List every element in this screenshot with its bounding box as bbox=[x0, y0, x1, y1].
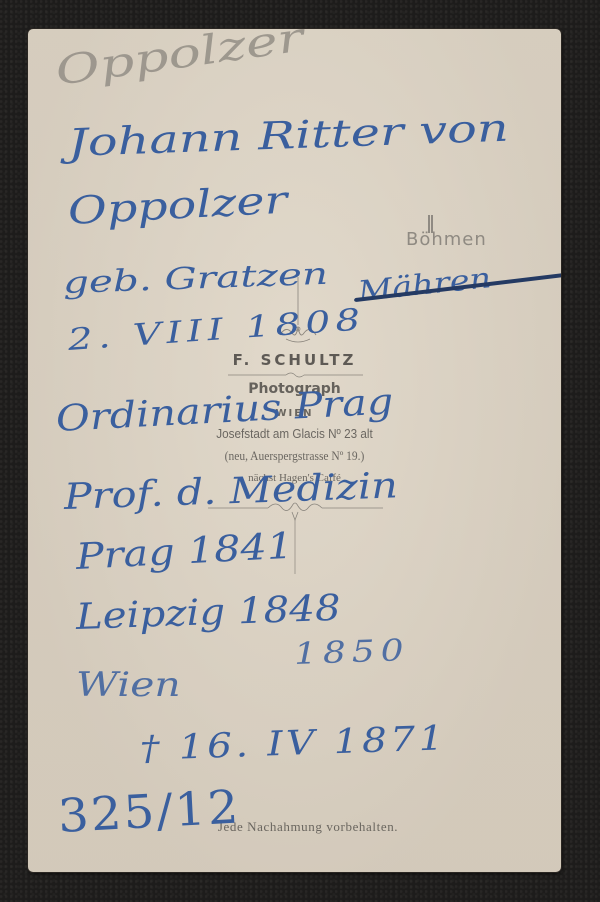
pencil-birthplace-bohmen: Böhmen bbox=[406, 229, 487, 250]
inventory-number: 325/12 bbox=[57, 779, 242, 842]
handwritten-birth-date: 2. VIII 1808 bbox=[67, 302, 367, 358]
handwritten-vienna-year: 1850 bbox=[293, 633, 410, 672]
photo-card-back: F. SCHULTZ Photograph WIEN Josefstadt am… bbox=[28, 29, 561, 872]
handwritten-death-date: † 16. IV 1871 bbox=[139, 718, 447, 769]
handwritten-struck-moravia: Mähren bbox=[356, 208, 561, 308]
handwritten-name-line-2: Oppolzer bbox=[67, 178, 288, 233]
address-line-2: (neu, Auerspergstrasse Nº 19.) bbox=[49, 449, 539, 464]
pencil-surname-header: Oppolzer bbox=[53, 29, 306, 95]
handwritten-name-line-1: Johann Ritter von bbox=[67, 106, 509, 165]
divider-ornament bbox=[228, 371, 363, 379]
handwritten-vienna: Wien bbox=[76, 665, 181, 705]
insertion-mark-icon bbox=[428, 215, 433, 233]
handwritten-leipzig-1848: Leipzig 1848 bbox=[75, 588, 341, 638]
